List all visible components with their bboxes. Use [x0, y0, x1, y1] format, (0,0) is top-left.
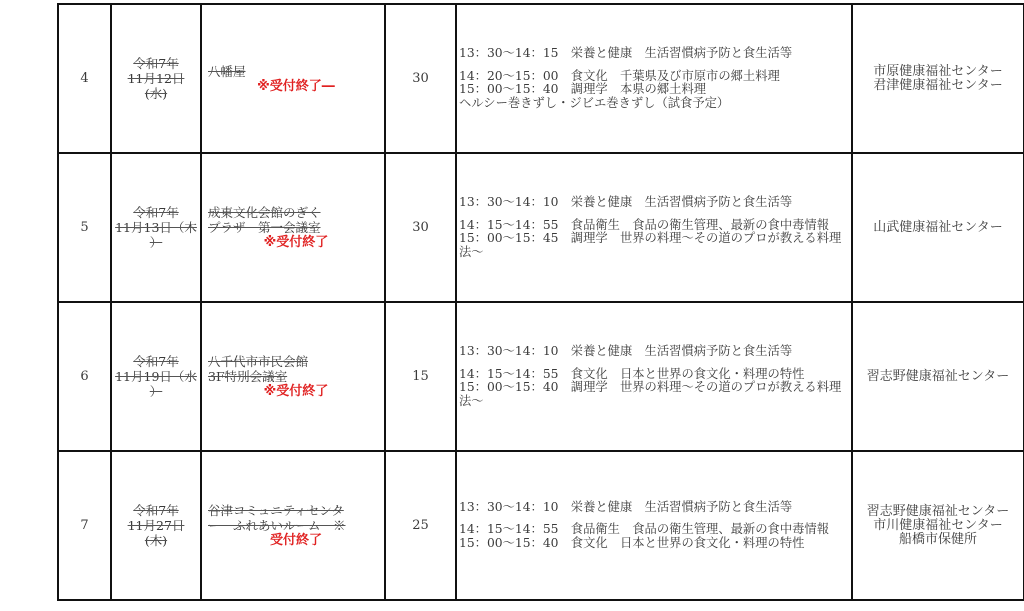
- venue-room: プラザ 第一会議室: [208, 220, 376, 235]
- row-number: 7: [58, 451, 111, 600]
- program-item: ヘルシー巻きずし・ジビエ巻きずし（試食予定）: [459, 97, 851, 111]
- event-date: 令和7年 11月13日（木 ）: [111, 153, 201, 302]
- venue-name: 八幡屋: [208, 64, 376, 79]
- capacity: 25: [385, 451, 456, 600]
- capacity: 30: [385, 153, 456, 302]
- event-date: 令和7年 11月12日 (水): [111, 4, 201, 153]
- program-item: 14：15〜14：55 食品衛生 食品の衛生管理、最新の食中毒情報: [459, 219, 851, 233]
- event-date: 令和7年 11月27日 (木): [111, 451, 201, 600]
- venue-cell: 八幡屋 ※受付終了―: [201, 4, 385, 153]
- closed-badge: 受付終了: [208, 533, 384, 548]
- venue-cell: 成東文化会館のぎく プラザ 第一会議室 ※受付終了: [201, 153, 385, 302]
- venue-cell: 谷津コミュニティセンタ ー ふれあいルーム ※ 受付終了: [201, 451, 385, 600]
- program-cell: 13：30〜14：10 栄養と健康 生活習慣病予防と食生活等 14：15〜14：…: [456, 302, 852, 451]
- program-item: 15：00〜15：45 調理学 世界の料理〜その道のプロが教える料理法〜: [459, 232, 851, 259]
- closed-badge: ※受付終了: [208, 235, 384, 250]
- table-row: 6 令和7年 11月19日（水 ） 八千代市市民会館 3F特別会議室 ※受付終了…: [58, 302, 1024, 451]
- capacity: 30: [385, 4, 456, 153]
- capacity: 15: [385, 302, 456, 451]
- table-row: 5 令和7年 11月13日（木 ） 成東文化会館のぎく プラザ 第一会議室 ※受…: [58, 153, 1024, 302]
- program-item: 14：15〜14：55 食文化 日本と世界の食文化・料理の特性: [459, 368, 851, 382]
- program-item: 15：00〜15：40 食文化 日本と世界の食文化・料理の特性: [459, 537, 851, 551]
- organizer-name: 市川健康福祉センター: [853, 519, 1023, 533]
- date-day: 11月27日: [112, 518, 200, 533]
- organizer-cell: 市原健康福祉センター 君津健康福祉センター: [852, 4, 1024, 153]
- schedule-table: 4 令和7年 11月12日 (水) 八幡屋 ※受付終了― 30 13：30〜14…: [57, 3, 1024, 601]
- program-item: 13：30〜14：10 栄養と健康 生活習慣病予防と食生活等: [459, 196, 851, 210]
- venue-cell: 八千代市市民会館 3F特別会議室 ※受付終了: [201, 302, 385, 451]
- event-date: 令和7年 11月19日（水 ）: [111, 302, 201, 451]
- date-era: 令和7年: [112, 503, 200, 518]
- program-cell: 13：30〜14：10 栄養と健康 生活習慣病予防と食生活等 14：15〜14：…: [456, 153, 852, 302]
- venue-name: 成東文化会館のぎく: [208, 205, 376, 220]
- venue-room: ー ふれあいルーム ※: [208, 518, 376, 533]
- organizer-name: 市原健康福祉センター: [853, 65, 1023, 79]
- row-number: 5: [58, 153, 111, 302]
- organizer-name: 習志野健康福祉センター: [853, 505, 1023, 519]
- program-item: 13：30〜14：10 栄養と健康 生活習慣病予防と食生活等: [459, 345, 851, 359]
- organizer-name: 習志野健康福祉センター: [853, 370, 1023, 384]
- table-row: 4 令和7年 11月12日 (水) 八幡屋 ※受付終了― 30 13：30〜14…: [58, 4, 1024, 153]
- date-weekday: ）: [112, 384, 200, 399]
- organizer-cell: 山武健康福祉センター: [852, 153, 1024, 302]
- date-day: 11月19日（水: [112, 369, 200, 384]
- program-item: 15：00〜15：40 調理学 世界の料理〜その道のプロが教える料理法〜: [459, 381, 851, 408]
- date-day: 11月13日（木: [112, 220, 200, 235]
- date-era: 令和7年: [112, 354, 200, 369]
- program-item: 14：20〜15：00 食文化 千葉県及び市原市の郷土料理: [459, 70, 851, 84]
- organizer-cell: 習志野健康福祉センター: [852, 302, 1024, 451]
- organizer-cell: 習志野健康福祉センター 市川健康福祉センター 船橋市保健所: [852, 451, 1024, 600]
- table-row: 7 令和7年 11月27日 (木) 谷津コミュニティセンタ ー ふれあいルーム …: [58, 451, 1024, 600]
- program-cell: 13：30〜14：10 栄養と健康 生活習慣病予防と食生活等 14：15〜14：…: [456, 451, 852, 600]
- closed-badge: ※受付終了―: [208, 79, 384, 94]
- date-day: 11月12日: [112, 71, 200, 86]
- date-era: 令和7年: [112, 205, 200, 220]
- program-item: 15：00〜15：40 調理学 本県の郷土料理: [459, 83, 851, 97]
- date-weekday: (木): [112, 533, 200, 548]
- date-weekday: ）: [112, 235, 200, 250]
- organizer-name: 山武健康福祉センター: [853, 221, 1023, 235]
- row-number: 6: [58, 302, 111, 451]
- date-era: 令和7年: [112, 56, 200, 71]
- program-item: 13：30〜14：10 栄養と健康 生活習慣病予防と食生活等: [459, 501, 851, 515]
- program-item: 14：15〜14：55 食品衛生 食品の衛生管理、最新の食中毒情報: [459, 523, 851, 537]
- organizer-name: 君津健康福祉センター: [853, 79, 1023, 93]
- venue-room: 3F特別会議室: [208, 369, 376, 384]
- closed-badge: ※受付終了: [208, 384, 384, 399]
- venue-name: 谷津コミュニティセンタ: [208, 503, 376, 518]
- program-cell: 13：30〜14：15 栄養と健康 生活習慣病予防と食生活等 14：20〜15：…: [456, 4, 852, 153]
- organizer-name: 船橋市保健所: [853, 533, 1023, 547]
- date-weekday: (水): [112, 86, 200, 101]
- venue-name: 八千代市市民会館: [208, 354, 376, 369]
- program-item: 13：30〜14：15 栄養と健康 生活習慣病予防と食生活等: [459, 47, 851, 61]
- row-number: 4: [58, 4, 111, 153]
